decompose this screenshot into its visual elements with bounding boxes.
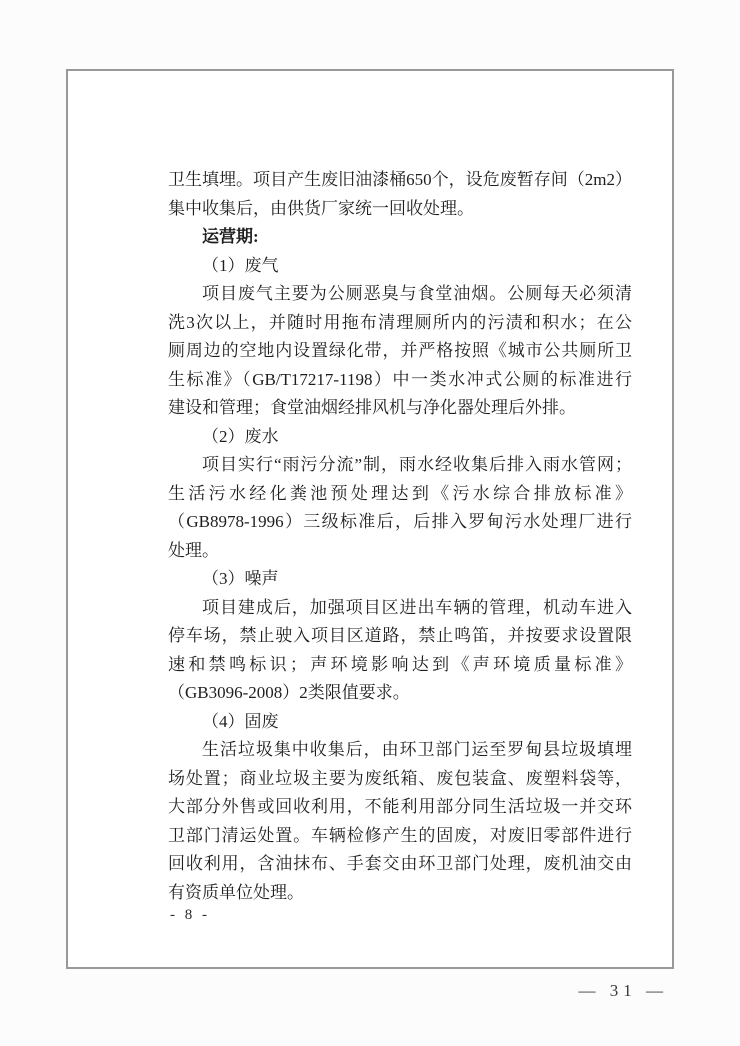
text-line: 运营期:: [168, 223, 632, 252]
text-line: 生活垃圾集中收集后，由环卫部门运至罗甸县垃圾填埋: [168, 736, 632, 765]
text-line: 建设和管理；食堂油烟经排风机与净化器处理后外排。: [168, 394, 632, 423]
text-line: （4）固废: [168, 708, 632, 737]
text-line: （3）噪声: [168, 565, 632, 594]
text-line: 厕周边的空地内设置绿化带，并严格按照《城市公共厕所卫: [168, 337, 632, 366]
text-line: 场处置；商业垃圾主要为废纸箱、废包装盒、废塑料袋等，: [168, 765, 632, 794]
text-line: 洗3次以上，并随时用拖布清理厕所内的污渍和积水；在公: [168, 309, 632, 338]
text-line: 速和禁鸣标识；声环境影响达到《声环境质量标准》: [168, 651, 632, 680]
text-line: （2）废水: [168, 423, 632, 452]
document-text-block: 卫生填埋。项目产生废旧油漆桶650个，设危废暂存间（2m2）集中收集后，由供货厂…: [168, 166, 632, 907]
text-line: 处理。: [168, 537, 632, 566]
text-line: （GB3096-2008）2类限值要求。: [168, 679, 632, 708]
scan-border-frame: 卫生填埋。项目产生废旧油漆桶650个，设危废暂存间（2m2）集中收集后，由供货厂…: [66, 69, 674, 969]
document-page: 卫生填埋。项目产生废旧油漆桶650个，设危废暂存间（2m2）集中收集后，由供货厂…: [0, 0, 740, 1046]
text-line: 卫部门清运处置。车辆检修产生的固废，对废旧零部件进行: [168, 822, 632, 851]
text-line: 生活污水经化粪池预处理达到《污水综合排放标准》: [168, 480, 632, 509]
text-line: 项目实行“雨污分流”制，雨水经收集后排入雨水管网；: [168, 451, 632, 480]
text-line: 回收利用，含油抹布、手套交由环卫部门处理，废机油交由: [168, 850, 632, 879]
text-line: 大部分外售或回收利用，不能利用部分同生活垃圾一并交环: [168, 793, 632, 822]
text-line: 停车场，禁止驶入项目区道路，禁止鸣笛，并按要求设置限: [168, 622, 632, 651]
text-line: 集中收集后，由供货厂家统一回收处理。: [168, 195, 632, 224]
text-line: （1）废气: [168, 252, 632, 281]
text-line: 项目建成后，加强项目区进出车辆的管理，机动车进入: [168, 594, 632, 623]
text-line: 卫生填埋。项目产生废旧油漆桶650个，设危废暂存间（2m2）: [168, 166, 632, 195]
pdf-page-number: — 31 —: [579, 981, 669, 1001]
text-line: 项目废气主要为公厕恶臭与食堂油烟。公厕每天必须清: [168, 280, 632, 309]
scan-page-number: - 8 -: [170, 907, 210, 924]
text-line: 有资质单位处理。: [168, 879, 632, 908]
text-line: （GB8978-1996）三级标准后，后排入罗甸污水处理厂进行: [168, 508, 632, 537]
text-line: 生标准》（GB/T17217-1198）中一类水冲式公厕的标准进行: [168, 366, 632, 395]
